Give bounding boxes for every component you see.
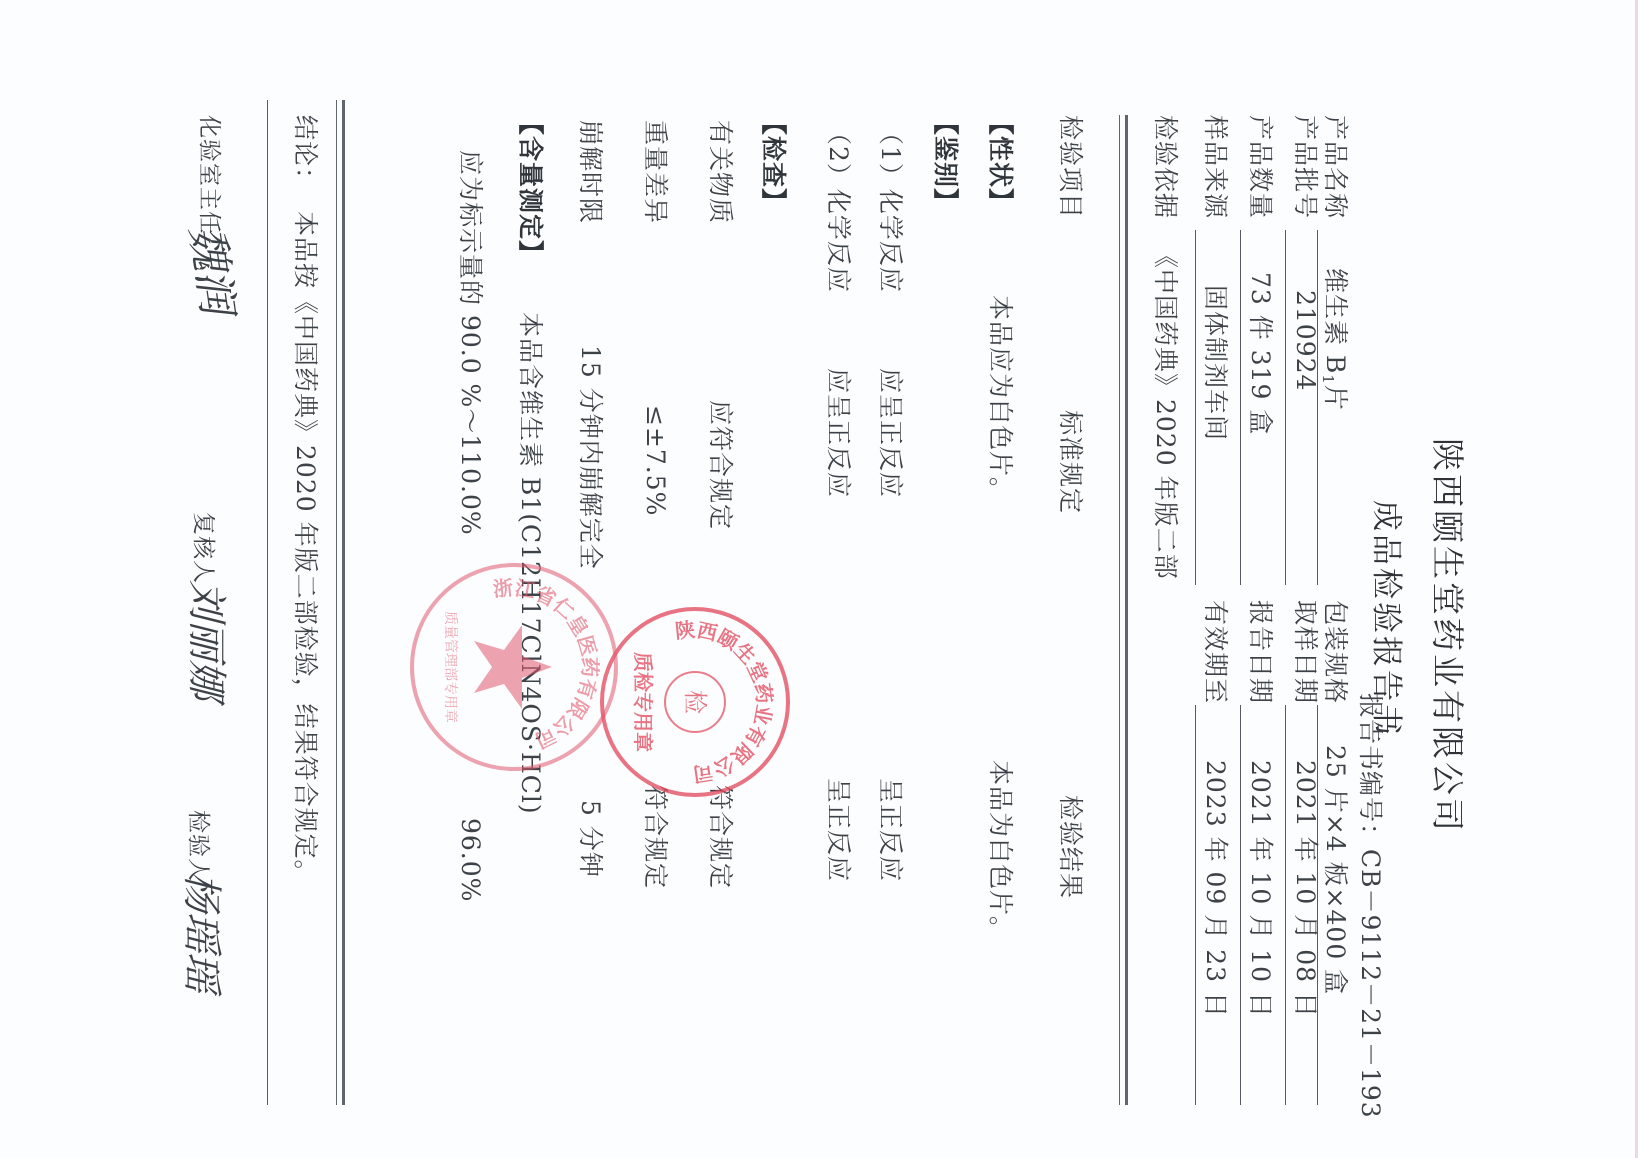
package-label: 包装规格 <box>1320 600 1350 704</box>
row-item: 重量差异 <box>640 120 670 224</box>
qc-stamp-inner-text: 质检专用章 <box>631 652 655 752</box>
row-result: 符合规定 <box>705 785 735 889</box>
row-result: 呈正反应 <box>823 778 853 882</box>
row-standard: 应为标示量的 90.0 %～110.0% <box>455 150 485 536</box>
rule <box>1240 230 1241 585</box>
quantity-label: 产品数量 <box>1245 115 1275 219</box>
row-standard: 应呈正反应 <box>823 368 853 498</box>
row-result: 96.0% <box>455 818 485 902</box>
row-standard: 应呈正反应 <box>875 368 905 498</box>
row-item: 崩解时限 <box>575 120 605 224</box>
conclusion-text: 本品按《中国药典》2020 年版二部检验，结果符合规定。 <box>291 211 320 886</box>
inspection-report-page: 陕西颐生堂药业有限公司 成品检验报告书 报告书编号：CB－9112－21－193… <box>0 0 1638 1158</box>
rule <box>1195 705 1196 1105</box>
product-name-suffix: 片 <box>1321 385 1350 411</box>
source-value: 固体制剂车间 <box>1200 285 1230 441</box>
report-number-label: 报告书编号： <box>1356 693 1385 849</box>
report-date-label: 报告日期 <box>1245 600 1275 704</box>
star-icon <box>474 625 552 709</box>
second-stamp-inner-text: 质量管理部专用章 <box>442 611 459 723</box>
row-item: 有关物质 <box>705 120 735 224</box>
header-item: 检验项目 <box>1055 115 1085 219</box>
rule <box>1317 230 1318 585</box>
report-number: 报告书编号：CB－9112－21－193 <box>1355 693 1385 1119</box>
basis-label: 检验依据 <box>1150 115 1180 219</box>
sampling-date-label: 取样日期 <box>1290 600 1320 704</box>
expiry-label: 有效期至 <box>1200 600 1230 704</box>
sampling-date-value: 2021 年 10 月 08 日 <box>1290 760 1320 1018</box>
qc-stamp-graphic: 陕西颐生堂药业有限公司 检 质检专用章 <box>604 611 786 793</box>
product-name-text: 维生素 B <box>1321 268 1350 374</box>
rule <box>1285 230 1286 585</box>
conclusion-rule <box>267 100 268 1105</box>
table-bottom-double-rule <box>336 100 345 1105</box>
row-standard: 15 分钟内崩解完全 <box>575 345 605 570</box>
conclusion-label: 结论： <box>291 115 320 193</box>
lab-director-signature: 魏润 <box>178 221 254 317</box>
product-name-label: 产品名称 <box>1320 115 1350 219</box>
table-top-double-rule <box>1119 115 1128 1105</box>
package-value: 25 片×4 板×400 盒 <box>1320 745 1350 995</box>
row-result: 5 分钟 <box>575 800 605 878</box>
row-standard: 应符合规定 <box>705 400 735 530</box>
product-name-subscript: 1 <box>1319 374 1337 385</box>
header-result: 检验结果 <box>1055 795 1085 899</box>
expiry-value: 2023 年 09 月 23 日 <box>1200 760 1230 1018</box>
row-result: 本品为白色片。 <box>985 760 1015 942</box>
basis-value: 《中国药典》2020 年版二部 <box>1150 243 1180 580</box>
row-item: 【含量测定】 <box>515 110 545 266</box>
inspector-signature: 杨瑶瑶 <box>176 872 233 992</box>
second-stamp-graphic: 浙江省仁皇医药有限公司 质量管理部专用章 <box>414 567 614 767</box>
row-item: 【检查】 <box>758 110 788 214</box>
header-standard: 标准规定 <box>1055 410 1085 514</box>
row-item: 【鉴别】 <box>930 110 960 214</box>
conclusion: 结论：本品按《中国药典》2020 年版二部检验，结果符合规定。 <box>290 115 320 886</box>
reviewer-label: 复核人 <box>188 512 218 584</box>
rule <box>1195 230 1196 585</box>
batch-label: 产品批号 <box>1290 115 1320 219</box>
source-label: 样品来源 <box>1200 115 1230 219</box>
rule <box>1285 705 1286 1105</box>
reviewer-signature: 刘丽娜 <box>181 580 238 700</box>
row-standard: ≤±7.5% <box>640 405 670 516</box>
row-result: 呈正反应 <box>875 778 905 882</box>
batch-value: 210924 <box>1290 290 1320 391</box>
company-name: 陕西颐生堂药业有限公司 <box>1426 438 1473 834</box>
qc-stamp-center-text: 检 <box>681 690 709 714</box>
report-number-value: CB－9112－21－193 <box>1356 849 1385 1119</box>
quantity-value: 73 件 319 盒 <box>1245 272 1275 435</box>
row-standard: 本品应为白色片。 <box>985 295 1015 503</box>
row-item: （1）化学反应 <box>875 120 905 293</box>
lab-director-label: 化验室主任 <box>194 115 224 235</box>
qc-stamp: 陕西颐生堂药业有限公司 检 质检专用章 <box>600 607 790 797</box>
report-date-value: 2021 年 10 月 10 日 <box>1245 760 1275 1018</box>
row-item: 【性状】 <box>985 110 1015 214</box>
row-result: 符合规定 <box>640 785 670 889</box>
row-item: （2）化学反应 <box>823 120 853 293</box>
second-stamp: 浙江省仁皇医药有限公司 质量管理部专用章 <box>410 563 618 771</box>
rule <box>1240 705 1241 1105</box>
